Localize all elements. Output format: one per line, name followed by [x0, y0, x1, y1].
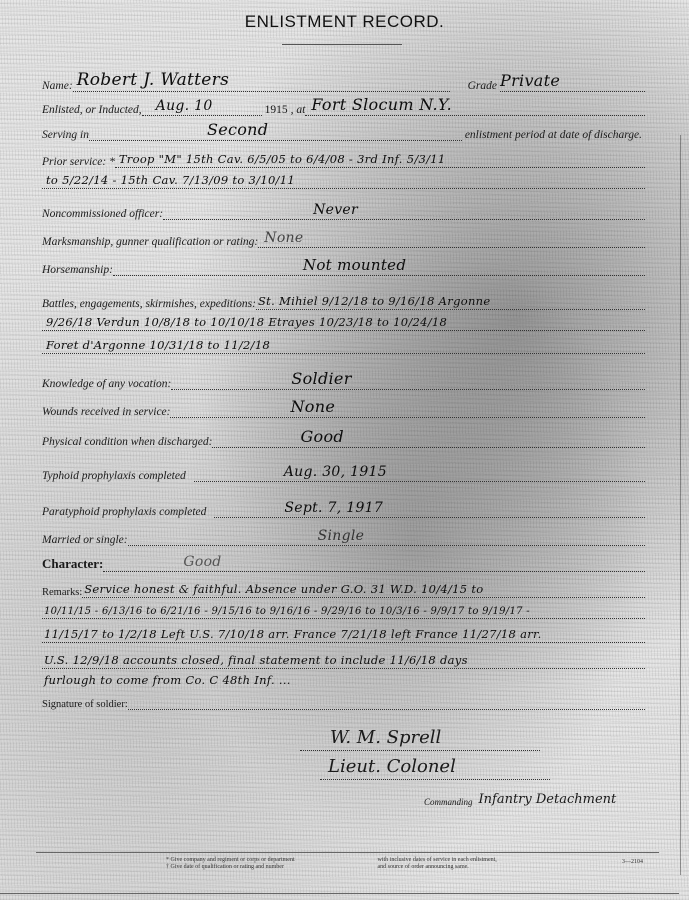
soldier-signature-label: Signature of soldier:: [42, 699, 128, 710]
character-value: Good: [183, 554, 221, 570]
battles-field: St. Mihiel 9/12/18 to 9/16/18 Argonne: [256, 291, 645, 310]
marksmanship-field: None: [258, 229, 645, 248]
grade-label: Grade: [450, 80, 500, 92]
enlisted-place-value: Fort Slocum N.Y.: [311, 95, 452, 114]
typhoid-label: Typhoid prophylaxis completed: [42, 470, 186, 482]
officer-signature-block: W. M. Sprell Lieut. Colonel: [300, 722, 540, 780]
remarks-continuation-2: 11/15/17 to 1/2/18 Left U.S. 7/10/18 arr…: [42, 624, 645, 643]
footnote-line-1: * Give company and regiment or corps or …: [166, 857, 295, 863]
enlisted-date-field: Aug. 10: [142, 97, 262, 116]
vocation-row: Knowledge of any vocation: Soldier: [42, 370, 645, 390]
battles-row: Battles, engagements, skirmishes, expedi…: [42, 290, 645, 310]
vocation-value: Soldier: [291, 369, 351, 388]
footer-rule-top: [36, 852, 659, 853]
footnote-col-1: * Give company and regiment or corps or …: [166, 857, 376, 871]
serving-in-field: Second: [89, 122, 462, 141]
name-field: Robert J. Watters: [73, 73, 450, 92]
marital-status-value: Single: [318, 528, 365, 544]
officer-signature: W. M. Sprell: [330, 727, 441, 748]
typhoid-value: Aug. 30, 1915: [284, 464, 387, 480]
commanding-row: Commanding Infantry Detachment: [424, 792, 616, 807]
serving-in-label: Serving in: [42, 129, 89, 141]
remarks-label: Remarks:: [42, 587, 82, 598]
wounds-label: Wounds received in service:: [42, 406, 170, 418]
footnote-col-2: with inclusive dates of service in each …: [378, 857, 578, 871]
form-number: 3—2104: [622, 859, 643, 865]
soldier-signature-field: [128, 691, 645, 710]
character-label: Character:: [42, 556, 103, 572]
document-title: ENLISTMENT RECORD.: [0, 12, 689, 32]
prior-service-row: Prior service: * Troop "M" 15th Cav. 6/5…: [42, 148, 645, 168]
remarks-field: Service honest & faithful. Absence under…: [82, 579, 645, 598]
remarks-row: Remarks: Service honest & faithful. Abse…: [42, 578, 645, 598]
wounds-field: None: [170, 399, 645, 418]
battles-line-3: Foret d'Argonne 10/31/18 to 11/2/18: [46, 338, 270, 352]
prior-service-field: Troop "M" 15th Cav. 6/5/05 to 6/4/08 - 3…: [115, 149, 645, 168]
battles-label: Battles, engagements, skirmishes, expedi…: [42, 298, 256, 310]
typhoid-field: Aug. 30, 1915: [194, 463, 645, 482]
battles-continuation-2: Foret d'Argonne 10/31/18 to 11/2/18: [42, 335, 645, 354]
wounds-value: None: [290, 397, 335, 416]
vocation-field: Soldier: [171, 371, 645, 390]
footnote-line-2: † Give date of qualification or rating a…: [166, 864, 284, 870]
footnote: * Give company and regiment or corps or …: [166, 857, 586, 871]
horsemanship-label: Horsemanship:: [42, 264, 113, 276]
enlisted-label: Enlisted, or Inducted,: [42, 104, 142, 116]
prior-service-label: Prior service: *: [42, 156, 115, 168]
serving-in-suffix: enlistment period at date of discharge.: [462, 129, 645, 141]
nco-value: Never: [313, 202, 358, 218]
commanding-value: Infantry Detachment: [479, 792, 617, 807]
marksmanship-label: Marksmanship, gunner qualification or ra…: [42, 236, 258, 248]
physical-condition-row: Physical condition when discharged: Good: [42, 428, 645, 448]
officer-signature-line: W. M. Sprell: [300, 722, 540, 751]
nco-row: Noncommissioned officer: Never: [42, 200, 645, 220]
character-row: Character: Good: [42, 552, 645, 572]
name-grade-row: Name: Robert J. Watters Grade Private: [42, 72, 645, 92]
enlisted-place-field: Fort Slocum N.Y.: [305, 97, 645, 116]
grade-field: Private: [500, 73, 645, 92]
character-field: Good: [103, 553, 645, 572]
commanding-label: Commanding: [424, 797, 473, 807]
remarks-continuation-4: furlough to come from Co. C 48th Inf. ..…: [42, 670, 645, 688]
remarks-continuation-3: U.S. 12/9/18 accounts closed, final stat…: [42, 650, 645, 669]
enlisted-row: Enlisted, or Inducted, Aug. 10 1915 , at…: [42, 96, 645, 116]
footer-rule-bottom: [0, 893, 679, 894]
officer-rank: Lieut. Colonel: [328, 756, 456, 777]
horsemanship-row: Horsemanship: Not mounted: [42, 256, 645, 276]
typhoid-row: Typhoid prophylaxis completed Aug. 30, 1…: [42, 462, 645, 482]
paratyphoid-field: Sept. 7, 1917: [214, 499, 645, 518]
title-underline: [282, 44, 402, 45]
marital-status-row: Married or single: Single: [42, 526, 645, 546]
name-value: Robert J. Watters: [77, 70, 229, 90]
paratyphoid-row: Paratyphoid prophylaxis completed Sept. …: [42, 498, 645, 518]
physical-condition-label: Physical condition when discharged:: [42, 436, 212, 448]
serving-in-row: Serving in Second enlistment period at d…: [42, 121, 645, 141]
physical-condition-field: Good: [212, 429, 645, 448]
vocation-label: Knowledge of any vocation:: [42, 378, 171, 390]
horsemanship-value: Not mounted: [303, 256, 406, 274]
page-edge: [676, 135, 681, 875]
soldier-signature-row: Signature of soldier:: [42, 690, 645, 710]
enlisted-year: 1915: [262, 104, 291, 116]
grade-value: Private: [500, 71, 560, 90]
horsemanship-field: Not mounted: [113, 257, 645, 276]
battles-line-1: St. Mihiel 9/12/18 to 9/16/18 Argonne: [258, 294, 490, 308]
enlisted-date-value: Aug. 10: [156, 98, 213, 114]
nco-field: Never: [163, 201, 645, 220]
footnote-line-4: and source of order announcing same.: [378, 864, 469, 870]
wounds-row: Wounds received in service: None: [42, 398, 645, 418]
marital-status-field: Single: [128, 527, 645, 546]
nco-label: Noncommissioned officer:: [42, 208, 163, 220]
remarks-line-3: 11/15/17 to 1/2/18 Left U.S. 7/10/18 arr…: [44, 627, 542, 641]
remarks-line-5: furlough to come from Co. C 48th Inf. ..…: [44, 673, 291, 687]
prior-service-line-2: to 5/22/14 - 15th Cav. 7/13/09 to 3/10/1…: [46, 173, 295, 187]
marital-status-label: Married or single:: [42, 534, 128, 546]
remarks-line-1: Service honest & faithful. Absence under…: [84, 582, 483, 596]
footnote-line-3: with inclusive dates of service in each …: [378, 857, 497, 863]
prior-service-line-1: Troop "M" 15th Cav. 6/5/05 to 6/4/08 - 3…: [119, 152, 446, 166]
remarks-continuation-1: 10/11/15 - 6/13/16 to 6/21/16 - 9/15/16 …: [42, 600, 645, 619]
battles-continuation-1: 9/26/18 Verdun 10/8/18 to 10/10/18 Etray…: [42, 312, 645, 331]
battles-line-2: 9/26/18 Verdun 10/8/18 to 10/10/18 Etray…: [46, 315, 447, 329]
prior-service-continuation: to 5/22/14 - 15th Cav. 7/13/09 to 3/10/1…: [42, 170, 645, 189]
enlistment-record-page: ENLISTMENT RECORD. Name: Robert J. Watte…: [0, 0, 689, 900]
name-label: Name:: [42, 80, 73, 92]
officer-rank-line: Lieut. Colonel: [320, 751, 550, 780]
paratyphoid-value: Sept. 7, 1917: [284, 500, 383, 516]
marksmanship-row: Marksmanship, gunner qualification or ra…: [42, 228, 645, 248]
physical-condition-value: Good: [300, 427, 344, 446]
paratyphoid-label: Paratyphoid prophylaxis completed: [42, 506, 206, 518]
remarks-line-2: 10/11/15 - 6/13/16 to 6/21/16 - 9/15/16 …: [44, 606, 530, 617]
marksmanship-value: None: [264, 230, 303, 246]
serving-in-value: Second: [207, 120, 268, 139]
remarks-line-4: U.S. 12/9/18 accounts closed, final stat…: [44, 653, 468, 667]
enlisted-at-label: , at: [291, 104, 306, 116]
